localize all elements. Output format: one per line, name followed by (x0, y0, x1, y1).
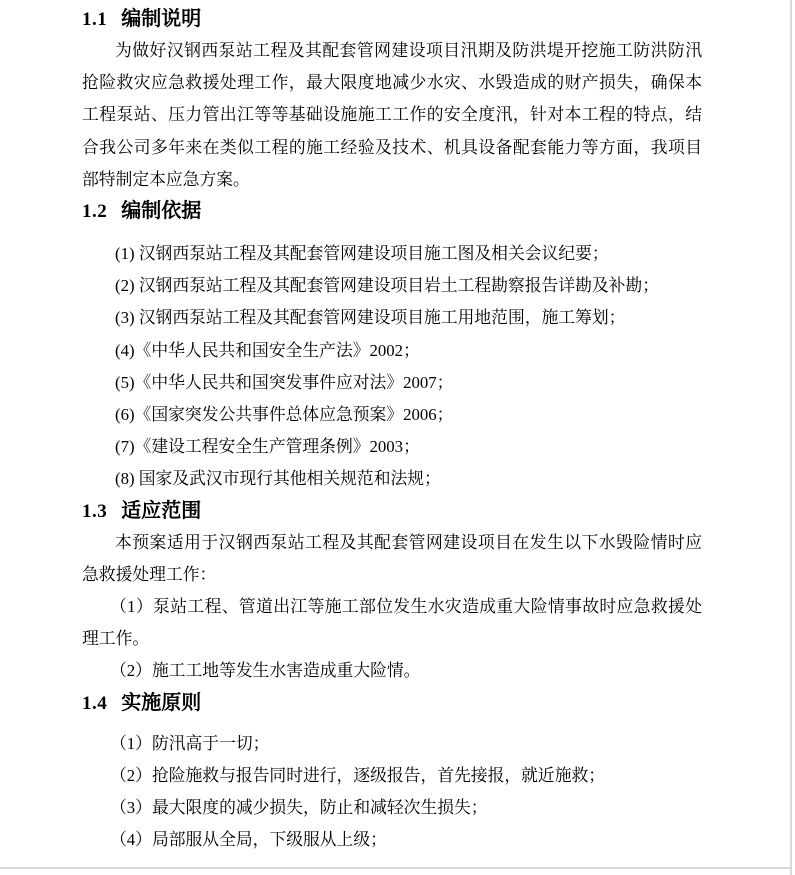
list-item: (4)《中华人民共和国安全生产法》2002； (82, 335, 702, 367)
section-title-1-1: 编制说明 (121, 8, 201, 30)
page-bottom-border (0, 867, 790, 869)
section-title-1-2: 编制依据 (121, 200, 201, 222)
list-item: (8) 国家及武汉市现行其他相关规范和法规； (82, 463, 702, 495)
section-number-1-3: 1.3 (82, 501, 107, 522)
list-item: （4）局部服从全局，下级服从上级； (82, 824, 702, 856)
section-title-1-4: 实施原则 (121, 692, 201, 714)
list-item: (1) 汉钢西泵站工程及其配套管网建设项目施工图及相关会议纪要； (82, 238, 702, 270)
section-1-3-item-list: （1）泵站工程、管道出江等施工部位发生水灾造成重大险情事故时应急救援处理工作。 … (82, 591, 702, 688)
section-1-4-item-list: （1）防汛高于一切； （2）抢险施救与报告同时进行，逐级报告，首先接报，就近施救… (82, 728, 702, 857)
document-page: 1.1 编制说明 为做好汉钢西泵站工程及其配套管网建设项目汛期及防洪堤开挖施工防… (0, 0, 795, 875)
list-item: （3）最大限度的减少损失，防止和减轻次生损失； (82, 792, 702, 824)
section-title-1-3: 适应范围 (121, 500, 201, 522)
section-1-2-item-list: (1) 汉钢西泵站工程及其配套管网建设项目施工图及相关会议纪要； (2) 汉钢西… (82, 238, 702, 496)
section-number-1-1: 1.1 (82, 9, 107, 30)
list-item: (2) 汉钢西泵站工程及其配套管网建设项目岩土工程勘察报告详勘及补勘； (82, 270, 702, 302)
paragraph-1-3: 本预案适用于汉钢西泵站工程及其配套管网建设项目在发生以下水毁险情时应急救援处理工… (82, 527, 702, 591)
list-item: (7)《建设工程安全生产管理条例》2003； (82, 431, 702, 463)
page-right-border (790, 0, 792, 875)
list-item: (5)《中华人民共和国突发事件应对法》2007； (82, 367, 702, 399)
list-item: （2）施工工地等发生水害造成重大险情。 (82, 655, 702, 687)
document-content: 1.1 编制说明 为做好汉钢西泵站工程及其配套管网建设项目汛期及防洪堤开挖施工防… (0, 0, 795, 856)
list-item: （1）防汛高于一切； (82, 728, 702, 760)
list-item: (6)《国家突发公共事件总体应急预案》2006； (82, 399, 702, 431)
section-heading-1-1: 1.1 编制说明 (82, 4, 702, 35)
section-heading-1-2: 1.2 编制依据 (82, 196, 702, 227)
section-number-1-2: 1.2 (82, 201, 107, 222)
list-item: (3) 汉钢西泵站工程及其配套管网建设项目施工用地范围，施工筹划； (82, 302, 702, 334)
list-item: （2）抢险施救与报告同时进行，逐级报告，首先接报，就近施救； (82, 760, 702, 792)
section-number-1-4: 1.4 (82, 693, 107, 714)
section-heading-1-3: 1.3 适应范围 (82, 496, 702, 527)
paragraph-1-1: 为做好汉钢西泵站工程及其配套管网建设项目汛期及防洪堤开挖施工防洪防汛抢险救灾应急… (82, 35, 702, 196)
list-item: （1）泵站工程、管道出江等施工部位发生水灾造成重大险情事故时应急救援处理工作。 (82, 591, 702, 655)
section-heading-1-4: 1.4 实施原则 (82, 688, 702, 719)
